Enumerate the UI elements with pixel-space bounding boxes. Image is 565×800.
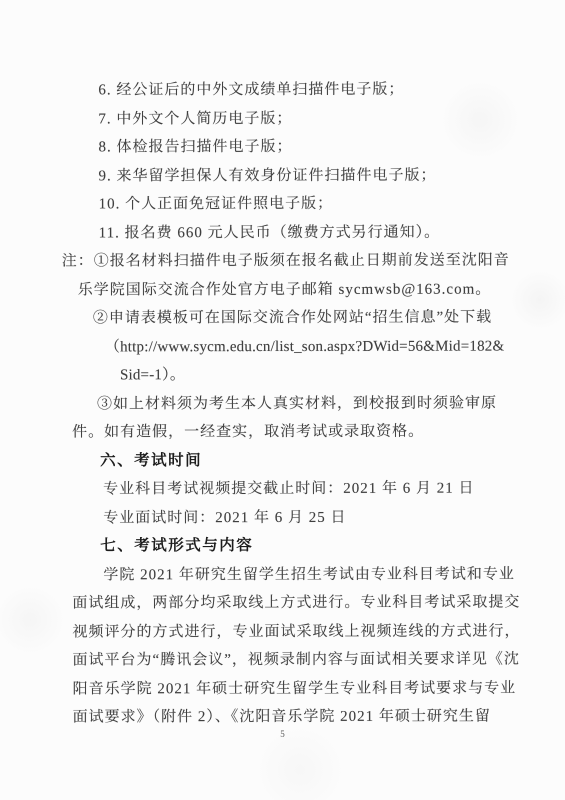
document-line: 视频评分的方式进行，专业面试采取线上视频连线的方式进行， (0, 617, 565, 647)
document-line: 乐学院国际交流合作处官方电子邮箱 sycmwsb@163.com。 (0, 275, 565, 305)
document-line: 6. 经公证后的中外文成绩单扫描件电子版； (0, 75, 564, 105)
document-line: 面试组成，两部分均采取线上方式进行。专业科目考试采取提交 (0, 588, 565, 618)
document-line: ②申请表模板可在国际交流合作处网站“招生信息”处下载 (0, 303, 565, 333)
document-line: 专业面试时间：2021 年 6 月 25 日 (0, 503, 565, 533)
document-line: ③如上材料须为考生本人真实材料，到校报到时须验审原 (0, 389, 565, 419)
document-line: 8. 体检报告扫描件电子版； (0, 132, 564, 162)
document-page: 6. 经公证后的中外文成绩单扫描件电子版；7. 中外文个人简历电子版；8. 体检… (0, 0, 565, 800)
document-line: 10. 个人正面免冠证件照电子版； (0, 189, 565, 219)
document-line: 面试要求》（附件 2）、《沈阳音乐学院 2021 年硕士研究生留 (1, 702, 565, 732)
document-line: 11. 报名费 660 元人民币（缴费方式另行通知）。 (0, 218, 565, 248)
document-line: 7. 中外文个人简历电子版； (0, 104, 564, 134)
document-line: 专业科目考试视频提交截止时间：2021 年 6 月 21 日 (0, 474, 565, 504)
document-line: 注：①报名材料扫描件电子版须在报名截止日期前发送至沈阳音 (0, 246, 565, 276)
document-line: 阳音乐学院 2021 年硕士研究生留学生专业科目考试要求与专业 (1, 674, 565, 704)
section-heading: 七、考试形式与内容 (0, 531, 565, 561)
document-line: （http://www.sycm.edu.cn/list_son.aspx?DW… (0, 332, 565, 362)
document-line: 9. 来华留学担保人有效身份证件扫描件电子版； (0, 161, 565, 191)
document-line: 学院 2021 年研究生留学生招生考试由专业科目考试和专业 (0, 560, 565, 590)
document-body: 6. 经公证后的中外文成绩单扫描件电子版；7. 中外文个人简历电子版；8. 体检… (0, 75, 565, 732)
page-number: 5 (0, 729, 565, 739)
document-line: Sid=-1）。 (0, 360, 565, 390)
section-heading: 六、考试时间 (0, 446, 565, 476)
document-line: 面试平台为“腾讯会议”，视频录制内容与面试相关要求详见《沈 (1, 645, 565, 675)
document-line: 件。如有造假，一经查实，取消考试或录取资格。 (0, 417, 565, 447)
